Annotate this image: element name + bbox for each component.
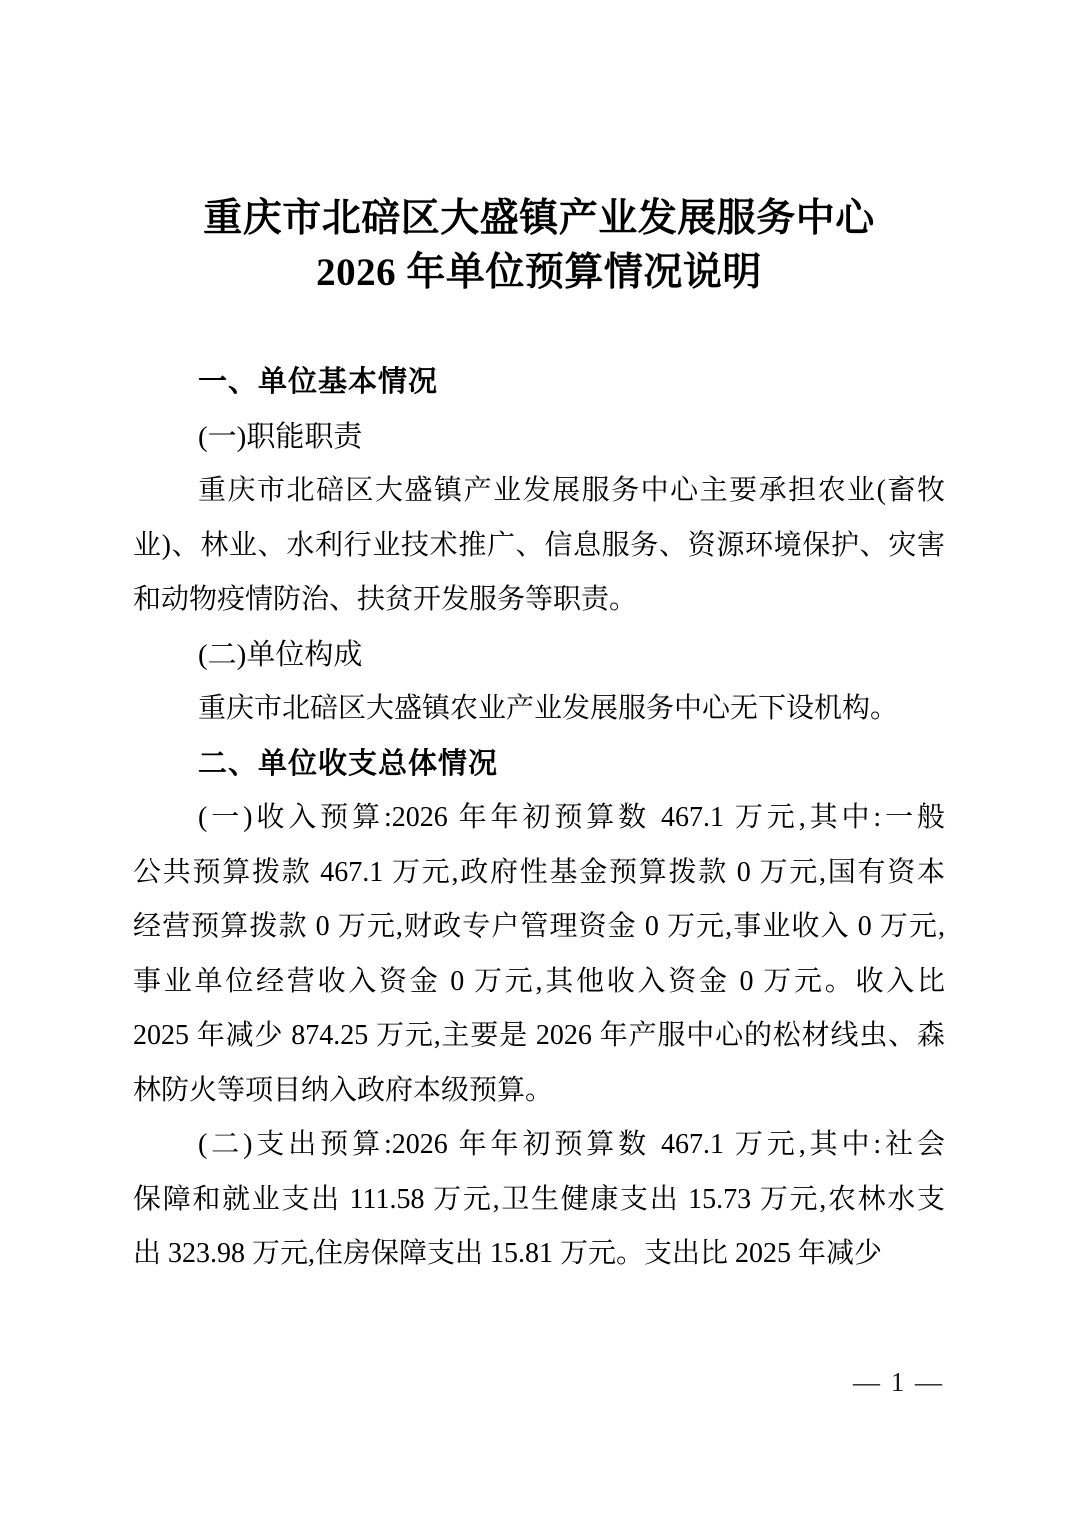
text-line: (一)收入预算:2026 年年初预算数 467.1 万元,其中:一般 (133, 791, 945, 846)
subsection-heading-1-2: (二)单位构成 (133, 628, 945, 683)
paragraph-expenditure-budget: (二)支出预算:2026 年年初预算数 467.1 万元,其中:社会保障和就业支… (133, 1118, 945, 1282)
paragraph-duties: 重庆市北碚区大盛镇产业发展服务中心主要承担农业(畜牧业)、林业、水利行业技术推广… (133, 464, 945, 628)
text-line: (二)单位构成 (133, 628, 945, 683)
document-title-line1: 重庆市北碚区大盛镇产业发展服务中心 (133, 192, 945, 246)
text-line: 经营预算拨款 0 万元,财政专户管理资金 0 万元,事业收入 0 万元, (133, 900, 945, 955)
text-line: 重庆市北碚区大盛镇农业产业发展服务中心无下设机构。 (133, 682, 945, 737)
text-line: 重庆市北碚区大盛镇产业发展服务中心主要承担农业(畜牧 (133, 464, 945, 519)
text-line: (二)支出预算:2026 年年初预算数 467.1 万元,其中:社会 (133, 1118, 945, 1173)
document-content: 重庆市北碚区大盛镇产业发展服务中心 2026 年单位预算情况说明 一、单位基本情… (133, 0, 945, 1282)
document-body: 一、单位基本情况(一)职能职责重庆市北碚区大盛镇产业发展服务中心主要承担农业(畜… (133, 355, 945, 1282)
text-line: 出 323.98 万元,住房保障支出 15.81 万元。支出比 2025 年减少 (133, 1227, 945, 1282)
text-line: 林防火等项目纳入政府本级预算。 (133, 1064, 945, 1119)
text-line: 保障和就业支出 111.58 万元,卫生健康支出 15.73 万元,农林水支 (133, 1173, 945, 1228)
section-heading-1: 一、单位基本情况 (133, 355, 945, 410)
subsection-heading-1-1: (一)职能职责 (133, 410, 945, 465)
text-line: 2025 年减少 874.25 万元,主要是 2026 年产服中心的松材线虫、森 (133, 1009, 945, 1064)
document-page: 重庆市北碚区大盛镇产业发展服务中心 2026 年单位预算情况说明 一、单位基本情… (0, 0, 1074, 1520)
document-title: 重庆市北碚区大盛镇产业发展服务中心 2026 年单位预算情况说明 (133, 192, 945, 300)
paragraph-composition: 重庆市北碚区大盛镇农业产业发展服务中心无下设机构。 (133, 682, 945, 737)
page-number: — 1 — (853, 1368, 944, 1396)
text-line: 二、单位收支总体情况 (133, 737, 945, 792)
section-heading-2: 二、单位收支总体情况 (133, 737, 945, 792)
paragraph-income-budget: (一)收入预算:2026 年年初预算数 467.1 万元,其中:一般公共预算拨款… (133, 791, 945, 1118)
text-line: 公共预算拨款 467.1 万元,政府性基金预算拨款 0 万元,国有资本 (133, 846, 945, 901)
document-title-line2: 2026 年单位预算情况说明 (133, 246, 945, 300)
text-line: (一)职能职责 (133, 410, 945, 465)
text-line: 和动物疫情防治、扶贫开发服务等职责。 (133, 573, 945, 628)
text-line: 事业单位经营收入资金 0 万元,其他收入资金 0 万元。收入比 (133, 955, 945, 1010)
text-line: 一、单位基本情况 (133, 355, 945, 410)
text-line: 业)、林业、水利行业技术推广、信息服务、资源环境保护、灾害 (133, 519, 945, 574)
